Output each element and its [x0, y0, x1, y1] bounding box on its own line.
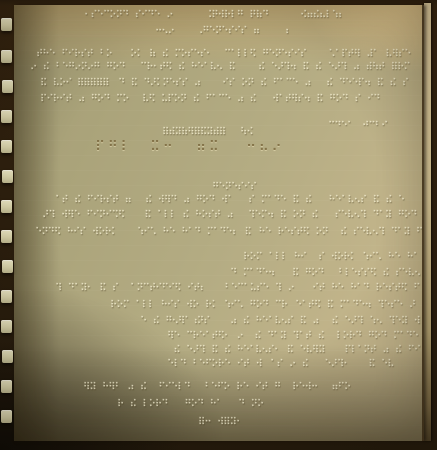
binding-tab	[2, 350, 13, 363]
binding-tab	[1, 110, 12, 123]
binding-tab	[1, 140, 12, 153]
binding-tab	[1, 380, 12, 393]
page-stack-edge	[424, 3, 431, 441]
binding-tab	[1, 320, 12, 333]
binding-tab	[2, 260, 13, 273]
binding-tab	[1, 290, 12, 303]
binding-tab	[1, 200, 12, 213]
binding-tab	[2, 170, 13, 183]
binding-tab	[1, 410, 12, 423]
photo-frame: ⠂⠎⠑⠉⠕⠝⠙⠀⠎⠊⠙⠑⠀⠔⠨⠟⠺⠗⠇⠛⠀⠟⠷⠙⠪⠶⠮⠦⠇⠱⠆⠒⠢⠔⠠⠛⠑⠝⠑⠎…	[0, 0, 437, 450]
binding-tab	[2, 80, 13, 93]
binding-tab	[1, 18, 12, 31]
braille-page	[14, 5, 424, 441]
binding-tab	[1, 50, 12, 63]
binding-tab	[1, 230, 12, 243]
